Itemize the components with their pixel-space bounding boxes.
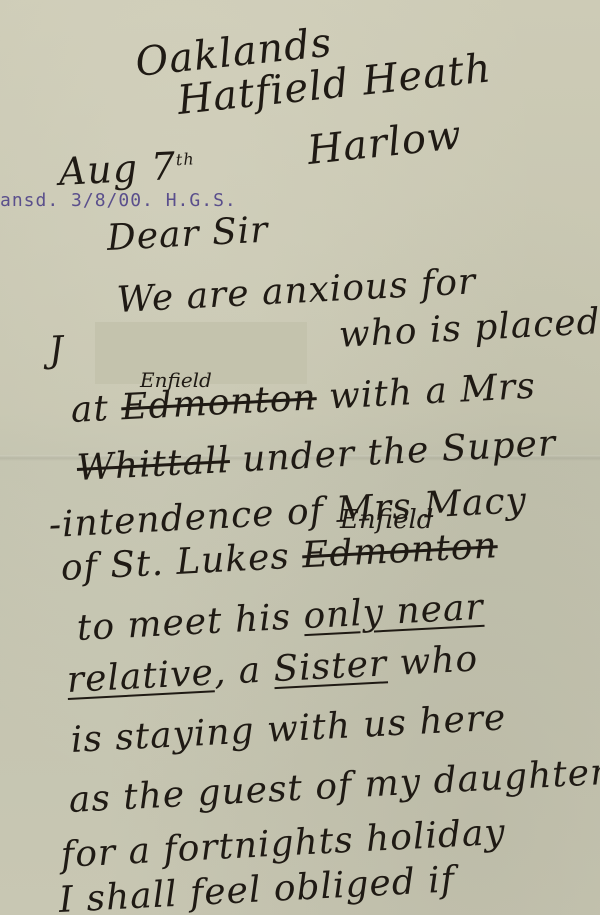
date-suffix: th xyxy=(175,149,195,169)
line-text: at xyxy=(70,388,110,431)
salutation: Dear Sir xyxy=(106,210,270,259)
underlined-text: relative xyxy=(66,652,215,701)
line-text: , a xyxy=(213,650,262,693)
address-line-3: Harlow xyxy=(305,112,464,174)
initial: J xyxy=(48,329,66,371)
line-text: under the Super xyxy=(241,423,557,480)
body-line-7: to meet his only near xyxy=(76,587,485,649)
letter-date: Aug 7th xyxy=(58,143,196,194)
struck-text: Edmonton xyxy=(120,377,318,428)
body-line-9: is staying with us here xyxy=(70,697,507,761)
body-line-10: as the guest of my daughter xyxy=(68,752,600,821)
struck-text: Whittall xyxy=(76,440,231,489)
letter-page: Oaklands Hatfield Heath Harlow Aug 7th a… xyxy=(0,0,600,915)
line-text: with a Mrs xyxy=(328,366,537,418)
underlined-text: only near xyxy=(302,587,484,637)
body-line-4: Whittall under the Super xyxy=(76,423,557,489)
line-text: who xyxy=(398,639,479,684)
struck-text: Edmonton xyxy=(301,525,499,576)
line-text: of St. Lukes xyxy=(60,536,291,589)
body-line-8: relative, a Sister who xyxy=(66,639,479,701)
line-text: who is placed xyxy=(338,301,600,356)
underlined-text: Sister xyxy=(273,643,389,690)
date-text: Aug 7 xyxy=(58,144,178,194)
line-text: to meet his xyxy=(76,597,292,649)
answered-stamp: ansd. 3/8/00. H.G.S. xyxy=(0,190,237,211)
